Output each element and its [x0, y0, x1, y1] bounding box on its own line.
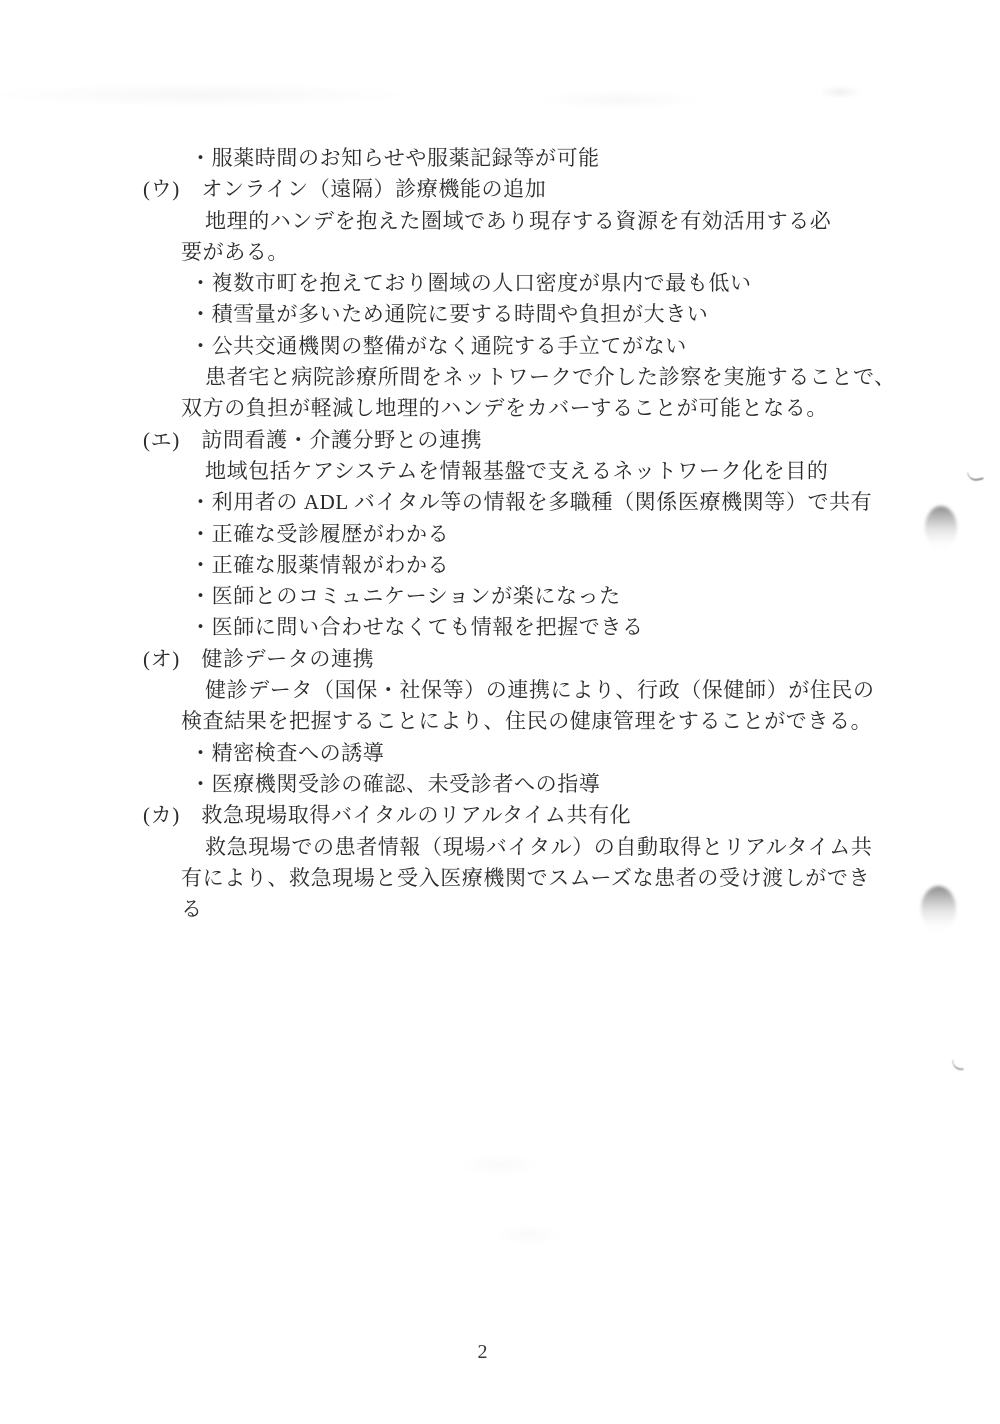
- section-heading: (カ) 救急現場取得バイタルのリアルタイム共有化: [0, 800, 1000, 831]
- bullet-item: ・服薬時間のお知らせや服薬記録等が可能: [0, 143, 1000, 174]
- bullet-item: ・公共交通機関の整備がなく通院する手立てがない: [0, 331, 1000, 362]
- page-number: 2: [0, 1341, 965, 1364]
- bullet-item: ・積雪量が多いため通院に要する時間や負担が大きい: [0, 299, 1000, 330]
- section-heading: (エ) 訪問看護・介護分野との連携: [0, 425, 1000, 456]
- bullet-item: ・正確な服薬情報がわかる: [0, 550, 1000, 581]
- paragraph-line: 検査結果を把握することにより、住民の健康管理をすることができる。: [0, 706, 1000, 737]
- paragraph-line: 双方の負担が軽減し地理的ハンデをカバーすることが可能となる。: [0, 393, 1000, 424]
- bullet-item: ・正確な受診履歴がわかる: [0, 519, 1000, 550]
- bullet-item: ・医師に問い合わせなくても情報を把握できる: [0, 612, 1000, 643]
- punch-hole-shadow-bottom: [921, 886, 956, 932]
- paragraph-line: 救急現場での患者情報（現場バイタル）の自動取得とリアルタイム共: [0, 832, 1000, 863]
- paragraph-line: 有により、救急現場と受入医療機関でスムーズな患者の受け渡しができ: [0, 863, 1000, 894]
- punch-hole-shadow-top: [925, 506, 957, 550]
- paragraph-line: 健診データ（国保・社保等）の連携により、行政（保健師）が住民の: [0, 675, 1000, 706]
- scanned-page: ・服薬時間のお知らせや服薬記録等が可能(ウ) オンライン（遠隔）診療機能の追加地…: [0, 0, 1000, 1424]
- paragraph-line: 患者宅と病院診療所間をネットワークで介した診察を実施することで、: [0, 362, 1000, 393]
- paragraph-line: 地域包括ケアシステムを情報基盤で支えるネットワーク化を目的: [0, 456, 1000, 487]
- paragraph-line: る: [0, 894, 1000, 925]
- bullet-item: ・利用者の ADL バイタル等の情報を多職種（関係医療機関等）で共有: [0, 487, 1000, 518]
- bullet-item: ・複数市町を抱えており圏域の人口密度が県内で最も低い: [0, 268, 1000, 299]
- bullet-item: ・医師とのコミュニケーションが楽になった: [0, 581, 1000, 612]
- bullet-item: ・医療機関受診の確認、未受診者への指導: [0, 769, 1000, 800]
- paragraph-line: 地理的ハンデを抱えた圏域であり現存する資源を有効活用する必: [0, 206, 1000, 237]
- scan-curl-mark-bottom: [952, 1060, 965, 1071]
- section-heading: (ウ) オンライン（遠隔）診療機能の追加: [0, 174, 1000, 205]
- section-heading: (オ) 健診データの連携: [0, 644, 1000, 675]
- document-body: ・服薬時間のお知らせや服薬記録等が可能(ウ) オンライン（遠隔）診療機能の追加地…: [0, 143, 1000, 925]
- bullet-item: ・精密検査への誘導: [0, 738, 1000, 769]
- paragraph-line: 要がある。: [0, 237, 1000, 268]
